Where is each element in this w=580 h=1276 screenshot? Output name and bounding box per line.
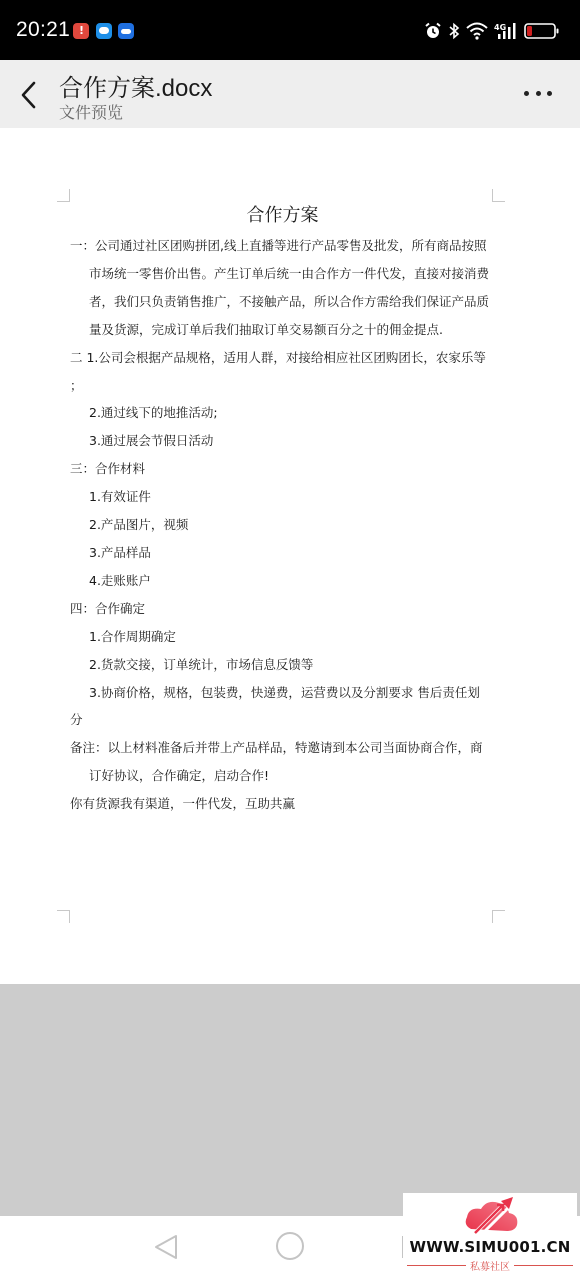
status-bar: 20:21 4G	[0, 0, 580, 60]
home-circle-icon[interactable]	[276, 1232, 304, 1260]
list-item: 3.协商价格，规格，包装费，快递费，运营费以及分割要求 售后责任划	[70, 679, 495, 707]
bluetooth-icon	[448, 22, 460, 40]
list-item: 4.走账账户	[70, 567, 495, 595]
paragraph-1-line-1: 一：公司通过社区团购拼团,线上直播等进行产品零售及批发，所有商品按照	[70, 232, 495, 260]
list-item: 2.产品图片，视频	[70, 511, 495, 539]
list-item: 3.通过展会节假日活动	[70, 427, 495, 455]
watermark-url: WWW.SIMU001.CN	[403, 1238, 577, 1256]
nav-back-button[interactable]	[152, 1232, 180, 1266]
viewer-background	[0, 984, 580, 1216]
list-item: 1.合作周期确定	[70, 623, 495, 651]
divider	[407, 1265, 466, 1266]
paragraph-2-line-1: 二 1.公司会根据产品规格，适用人群，对接给相应社区团购团长，农家乐等	[70, 344, 495, 372]
weather-app-icon	[118, 23, 134, 39]
list-item: 3.产品样品	[70, 539, 495, 567]
alarm-icon	[424, 22, 442, 40]
more-options-button[interactable]	[524, 88, 552, 98]
page-margin-corner-bottom-left	[57, 910, 70, 923]
document-subtitle: 文件预览	[59, 100, 123, 123]
system-icons: 4G	[424, 20, 560, 42]
paragraph-1-line-4: 量及货源，完成订单后我们抽取订单交易额百分之十的佣金提点.	[70, 316, 495, 344]
paragraph-2-line-2: ；	[70, 372, 495, 400]
back-button[interactable]	[14, 78, 44, 112]
document-heading: 合作方案	[70, 202, 495, 230]
alert-app-icon	[73, 23, 89, 39]
note-line-2: 订好协议，合作确定，启动合作!	[70, 762, 495, 790]
back-triangle-icon	[152, 1232, 180, 1262]
document-body: 合作方案 一：公司通过社区团购拼团,线上直播等进行产品零售及批发，所有商品按照 …	[70, 202, 495, 818]
watermark-subtitle: 私募社区	[470, 1258, 510, 1273]
list-item: 2.通过线下的地推活动;	[70, 399, 495, 427]
svg-text:4G: 4G	[494, 23, 506, 32]
divider	[514, 1265, 573, 1266]
note-line-1: 备注：以上材料准备后并带上产品样品，特邀请到本公司当面协商合作，商	[70, 734, 495, 762]
message-app-icon	[96, 23, 112, 39]
4g-signal-icon: 4G	[494, 22, 518, 40]
watermark: WWW.SIMU001.CN 私募社区	[403, 1193, 577, 1276]
cloud-arrow-logo-icon	[461, 1195, 521, 1237]
page-margin-corner-top-left	[57, 189, 70, 202]
page-margin-corner-top-right	[492, 189, 505, 202]
app-header: 合作方案.docx 文件预览	[0, 60, 580, 128]
list-item: 1.有效证件	[70, 483, 495, 511]
more-dot-icon	[547, 91, 552, 96]
battery-low-icon	[524, 22, 560, 40]
section-heading-materials: 三：合作材料	[70, 455, 495, 483]
page-margin-corner-bottom-right	[492, 910, 505, 923]
list-item: 2.货款交接，订单统计，市场信息反馈等	[70, 651, 495, 679]
more-dot-icon	[536, 91, 541, 96]
paragraph-1-line-3: 者，我们只负责销售推广，不接触产品，所以合作方需给我们保证产品质	[70, 288, 495, 316]
list-item-continuation: 分	[70, 706, 495, 734]
document-title: 合作方案.docx	[59, 68, 212, 103]
document-page[interactable]: 合作方案 一：公司通过社区团购拼团,线上直播等进行产品零售及批发，所有商品按照 …	[0, 128, 580, 984]
more-dot-icon	[524, 91, 529, 96]
closing-slogan: 你有货源我有渠道，一件代发，互助共赢	[70, 790, 495, 818]
status-time: 20:21	[16, 18, 70, 42]
paragraph-1-line-2: 市场统一零售价出售。产生订单后统一由合作方一件代发，直接对接消费	[70, 260, 495, 288]
wifi-icon	[466, 22, 488, 40]
section-heading-confirmation: 四：合作确定	[70, 595, 495, 623]
watermark-subtitle-row: 私募社区	[407, 1257, 573, 1273]
chevron-left-icon	[14, 78, 44, 112]
